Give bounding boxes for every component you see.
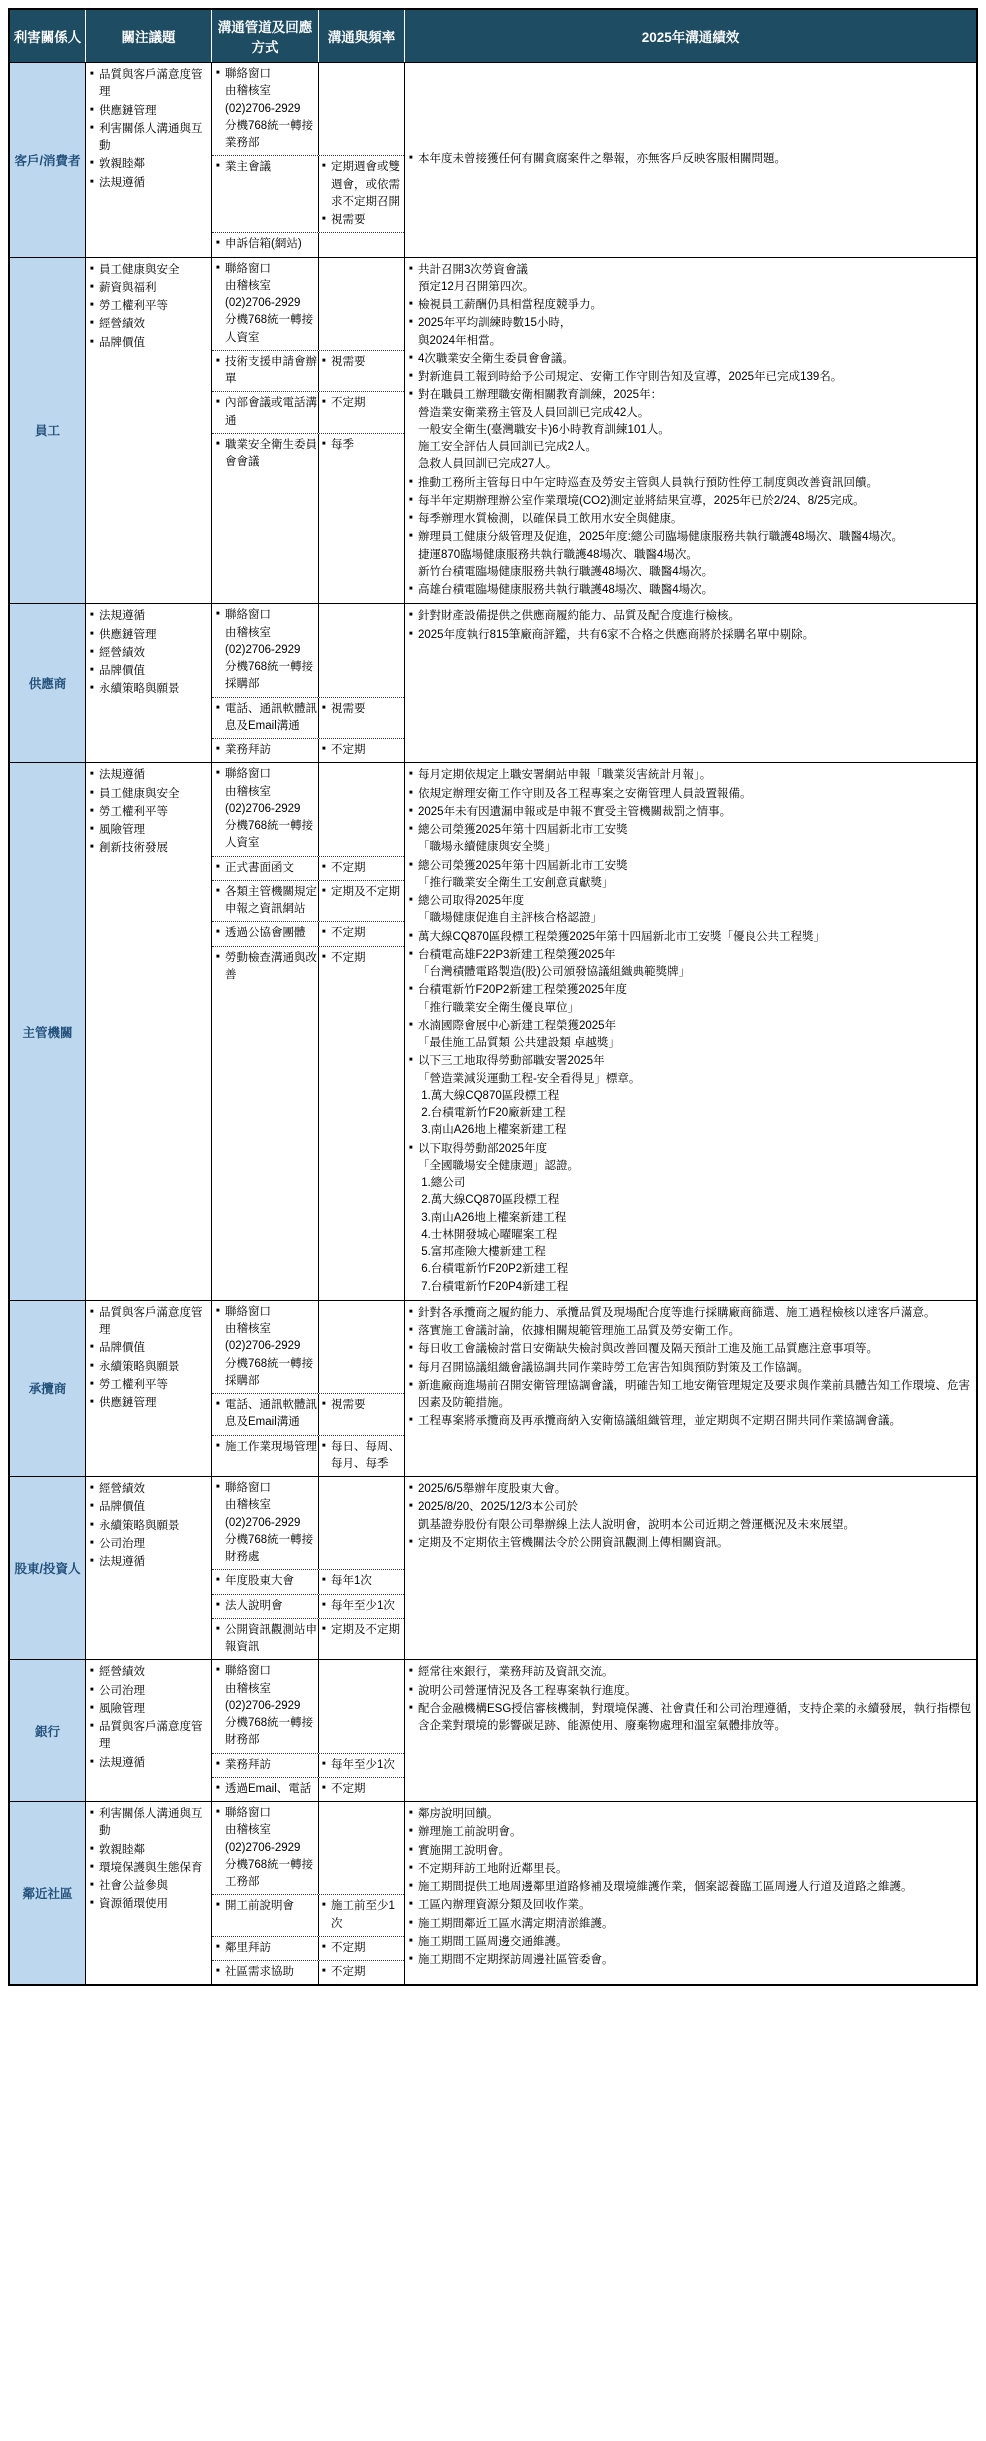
frequency-item: 施工前至少1次 xyxy=(322,1898,404,1933)
channel-label: 電話、通訊軟體訊息及Email溝通 xyxy=(216,701,317,736)
topic-item: 敦親睦鄰 xyxy=(90,156,209,173)
channels-cell: 聯絡窗口 由稽核室 (02)2706-2929 分機768統一轉接 業務部 業主… xyxy=(212,63,405,257)
channel-cell: 施工作業現場管理 xyxy=(212,1436,319,1477)
stakeholder-cell: 客戶/消費者 xyxy=(10,63,86,257)
frequency-cell: 視需要 xyxy=(319,351,405,392)
channel-label: 內部會議或電話溝通 xyxy=(216,395,317,430)
topic-item: 供應鏈管理 xyxy=(90,103,209,120)
frequency-item: 不定期 xyxy=(322,1781,404,1798)
frequency-item: 不定期 xyxy=(322,395,404,412)
stakeholder-communication-table: 利害關係人 關注議題 溝通管道及回應方式 溝通與頻率 2025年溝通績效 客戶/… xyxy=(8,8,978,1986)
header-cell-channels: 溝通管道及回應方式 xyxy=(212,10,319,62)
topic-item: 法規遵循 xyxy=(90,608,209,625)
topic-item: 經營績效 xyxy=(90,645,209,662)
table-row: 銀行 經營績效公司治理風險管理品質與客戶滿意度管理法規遵循 聯絡窗口 由稽核室 … xyxy=(10,1659,976,1801)
topic-item: 利害關係人溝通與互動 xyxy=(90,121,209,156)
performance-item: 台積電新竹F20P2新建工程榮獲2025年度 「推行職業安全衛生優良單位」 xyxy=(409,982,972,1017)
performance-item: 以下三工地取得勞動部職安署2025年 「營造業減災運動工程-安全看得見」標章。 … xyxy=(409,1053,972,1139)
channel-subrow: 聯絡窗口 由稽核室 (02)2706-2929 分機768統一轉接 採購部 xyxy=(212,1301,404,1393)
channel-label: 施工作業現場管理 xyxy=(216,1439,317,1456)
header-cell-performance: 2025年溝通績效 xyxy=(405,10,976,62)
channel-label: 業務拜訪 xyxy=(216,1757,317,1774)
channel-label: 社區需求協助 xyxy=(216,1964,317,1981)
frequency-cell: 施工前至少1次 xyxy=(319,1895,405,1936)
stakeholder-cell: 承攬商 xyxy=(10,1301,86,1476)
frequency-cell: 不定期 xyxy=(319,1937,405,1960)
performance-item: 施工期間鄰近工區水溝定期清淤維護。 xyxy=(409,1916,972,1933)
channel-label: 聯絡窗口 由稽核室 (02)2706-2929 分機768統一轉接 業務部 xyxy=(216,66,317,152)
performance-item: 依規定辦理安衛工作守則及各工程專案之安衛管理人員設置報備。 xyxy=(409,786,972,803)
topic-item: 永續策略與願景 xyxy=(90,1518,209,1535)
performance-item: 對在職員工辦理職安衛相關教育訓練，2025年： 營造業安衛業務主管及人員回訓已完… xyxy=(409,387,972,473)
channel-cell: 聯絡窗口 由稽核室 (02)2706-2929 分機768統一轉接 財務部 xyxy=(212,1660,319,1752)
channel-label: 聯絡窗口 由稽核室 (02)2706-2929 分機768統一轉接 採購部 xyxy=(216,1304,317,1390)
frequency-item: 每年至少1次 xyxy=(322,1598,404,1615)
performance-item: 高雄台積電臨場健康服務共執行職護48場次、職醫4場次。 xyxy=(409,582,972,599)
frequency-cell: 不定期 xyxy=(319,922,405,945)
channel-subrow: 聯絡窗口 由稽核室 (02)2706-2929 分機768統一轉接 人資室 xyxy=(212,763,404,855)
performance-item: 施工期間工區周邊交通維護。 xyxy=(409,1934,972,1951)
frequency-cell: 定期週會或雙週會，或依需求不定期召開視需要 xyxy=(319,156,405,232)
topic-item: 公司治理 xyxy=(90,1536,209,1553)
topic-item: 品牌價值 xyxy=(90,663,209,680)
channel-subrow: 施工作業現場管理 每日、每周、每月、每季 xyxy=(212,1435,404,1477)
channel-subrow: 透過公協會團體 不定期 xyxy=(212,921,404,945)
frequency-cell: 不定期 xyxy=(319,392,405,433)
topic-item: 品牌價值 xyxy=(90,1499,209,1516)
channels-cell: 聯絡窗口 由稽核室 (02)2706-2929 分機768統一轉接 財務處 年度… xyxy=(212,1477,405,1659)
channel-subrow: 透過Email、電話 不定期 xyxy=(212,1777,404,1801)
stakeholder-cell: 供應商 xyxy=(10,604,86,762)
frequency-item: 每年1次 xyxy=(322,1573,404,1590)
performance-item: 新進廠商進場前召開安衛管理協調會議，明確告知工地安衛管理規定及要求與作業前具體告… xyxy=(409,1378,972,1413)
channel-label: 申訴信箱(網站) xyxy=(216,236,317,253)
frequency-item: 定期週會或雙週會，或依需求不定期召開 xyxy=(322,159,404,211)
channel-subrow: 申訴信箱(網站) xyxy=(212,232,404,256)
frequency-item: 不定期 xyxy=(322,950,404,967)
frequency-cell xyxy=(319,604,405,696)
channel-subrow: 聯絡窗口 由稽核室 (02)2706-2929 分機768統一轉接 工務部 xyxy=(212,1802,404,1894)
topics-cell: 員工健康與安全薪資與福利勞工權利平等經營績效品牌價值 xyxy=(86,258,212,604)
stakeholder-label: 供應商 xyxy=(29,674,67,692)
channel-subrow: 聯絡窗口 由稽核室 (02)2706-2929 分機768統一轉接 採購部 xyxy=(212,604,404,696)
frequency-cell: 不定期 xyxy=(319,1961,405,1984)
performance-item: 萬大線CQ870區段標工程榮獲2025年第十四屆新北市工安獎「優良公共工程獎」 xyxy=(409,929,972,946)
channel-subrow: 電話、通訊軟體訊息及Email溝通 視需要 xyxy=(212,697,404,739)
topic-item: 勞工權利平等 xyxy=(90,298,209,315)
performance-item: 總公司取得2025年度 「職場健康促進自主評核合格認證」 xyxy=(409,893,972,928)
channel-label: 聯絡窗口 由稽核室 (02)2706-2929 分機768統一轉接 人資室 xyxy=(216,261,317,347)
stakeholder-cell: 鄰近社區 xyxy=(10,1802,86,1984)
channels-cell: 聯絡窗口 由稽核室 (02)2706-2929 分機768統一轉接 工務部 開工… xyxy=(212,1802,405,1984)
performance-item: 每月定期依規定上職安署網站申報「職業災害統計月報」。 xyxy=(409,767,972,784)
table-row: 員工 員工健康與安全薪資與福利勞工權利平等經營績效品牌價值 聯絡窗口 由稽核室 … xyxy=(10,257,976,604)
performance-item: 2025/6/5舉辦年度股東大會。 xyxy=(409,1481,972,1498)
channel-subrow: 社區需求協助 不定期 xyxy=(212,1960,404,1984)
topics-cell: 經營績效公司治理風險管理品質與客戶滿意度管理法規遵循 xyxy=(86,1660,212,1801)
frequency-cell: 視需要 xyxy=(319,1394,405,1435)
channel-subrow: 開工前說明會 施工前至少1次 xyxy=(212,1894,404,1936)
topic-item: 供應鏈管理 xyxy=(90,1395,209,1412)
topic-item: 勞工權利平等 xyxy=(90,804,209,821)
topic-item: 供應鏈管理 xyxy=(90,627,209,644)
performance-item: 對新進員工報到時給予公司規定、安衛工作守則告知及宣導，2025年已完成139名。 xyxy=(409,369,972,386)
topic-item: 利害關係人溝通與互動 xyxy=(90,1806,209,1841)
stakeholder-label: 員工 xyxy=(35,421,60,439)
performance-item: 本年度未曾接獲任何有關貪腐案件之舉報，亦無客戶反映客服相關問題。 xyxy=(409,151,972,168)
performance-cell: 共計召開3次勞資會議 預定12月召開第四次。檢視員工薪酬仍具相當程度競爭力。20… xyxy=(405,258,976,604)
performance-item: 針對各承攬商之履約能力、承攬品質及現場配合度等進行採購廠商篩選、施工過程檢核以達… xyxy=(409,1305,972,1322)
channel-label: 勞動檢查溝通與改善 xyxy=(216,950,317,985)
performance-item: 推動工務所主管每日中午定時巡查及勞安主管與人員執行預防性停工制度與改善資訊回饋。 xyxy=(409,475,972,492)
channel-subrow: 各類主管機關規定申報之資訊網站 定期及不定期 xyxy=(212,880,404,922)
frequency-cell xyxy=(319,1477,405,1569)
stakeholder-label: 銀行 xyxy=(35,1722,60,1740)
topic-item: 勞工權利平等 xyxy=(90,1377,209,1394)
topic-item: 社會公益參與 xyxy=(90,1878,209,1895)
performance-item: 以下取得勞動部2025年度 「全國職場安全健康週」認證。 1.總公司 2.萬大線… xyxy=(409,1141,972,1296)
channel-label: 聯絡窗口 由稽核室 (02)2706-2929 分機768統一轉接 人資室 xyxy=(216,766,317,852)
performance-item: 檢視員工薪酬仍具相當程度競爭力。 xyxy=(409,297,972,314)
performance-item: 2025年平均訓練時數15小時， 與2024年相當。 xyxy=(409,315,972,350)
channel-label: 透過公協會團體 xyxy=(216,925,317,942)
performance-item: 台積電高雄F22P3新建工程榮獲2025年 「台灣積體電路製造(股)公司頒發協議… xyxy=(409,947,972,982)
topics-cell: 法規遵循供應鏈管理經營績效品牌價值永續策略與願景 xyxy=(86,604,212,762)
frequency-item: 定期及不定期 xyxy=(322,1622,404,1639)
channel-label: 公開資訊觀測站申報資訊 xyxy=(216,1622,317,1657)
table-header: 利害關係人 關注議題 溝通管道及回應方式 溝通與頻率 2025年溝通績效 xyxy=(10,10,976,62)
performance-item: 工區內辦理資源分類及回收作業。 xyxy=(409,1897,972,1914)
channel-label: 技術支援申請會辦單 xyxy=(216,354,317,389)
topic-item: 經營績效 xyxy=(90,1664,209,1681)
stakeholder-cell: 主管機關 xyxy=(10,763,86,1300)
channel-label: 聯絡窗口 由稽核室 (02)2706-2929 分機768統一轉接 財務部 xyxy=(216,1663,317,1749)
topic-item: 資源循環使用 xyxy=(90,1896,209,1913)
frequency-item: 不定期 xyxy=(322,1964,404,1981)
performance-cell: 針對各承攬商之履約能力、承攬品質及現場配合度等進行採購廠商篩選、施工過程檢核以達… xyxy=(405,1301,976,1476)
channel-label: 法人說明會 xyxy=(216,1598,317,1615)
performance-item: 每月召開協議組織會議協調共同作業時勞工危害告知與預防對策及工作協調。 xyxy=(409,1360,972,1377)
channel-cell: 內部會議或電話溝通 xyxy=(212,392,319,433)
channel-cell: 職業安全衛生委員會會議 xyxy=(212,434,319,604)
stakeholder-cell: 員工 xyxy=(10,258,86,604)
frequency-item: 視需要 xyxy=(322,212,404,229)
channel-subrow: 聯絡窗口 由稽核室 (02)2706-2929 分機768統一轉接 財務部 xyxy=(212,1660,404,1752)
performance-item: 施工期間不定期探訪周邊社區管委會。 xyxy=(409,1952,972,1969)
channel-cell: 聯絡窗口 由稽核室 (02)2706-2929 分機768統一轉接 人資室 xyxy=(212,258,319,350)
channel-subrow: 聯絡窗口 由稽核室 (02)2706-2929 分機768統一轉接 業務部 xyxy=(212,63,404,155)
channel-subrow: 技術支援申請會辦單 視需要 xyxy=(212,350,404,392)
channel-subrow: 正式書面函文 不定期 xyxy=(212,856,404,880)
frequency-cell xyxy=(319,63,405,155)
stakeholder-cell: 銀行 xyxy=(10,1660,86,1801)
frequency-cell: 每年至少1次 xyxy=(319,1754,405,1777)
topic-item: 品質與客戶滿意度管理 xyxy=(90,1719,209,1754)
performance-item: 2025/8/20、2025/12/3本公司於 凱基證券股份有限公司舉辦線上法人… xyxy=(409,1499,972,1534)
frequency-cell xyxy=(319,233,405,256)
channels-cell: 聯絡窗口 由稽核室 (02)2706-2929 分機768統一轉接 採購部 電話… xyxy=(212,604,405,762)
channel-label: 職業安全衛生委員會會議 xyxy=(216,437,317,472)
channel-cell: 正式書面函文 xyxy=(212,857,319,880)
topic-item: 永續策略與願景 xyxy=(90,681,209,698)
channel-cell: 業主會議 xyxy=(212,156,319,232)
channel-cell: 聯絡窗口 由稽核室 (02)2706-2929 分機768統一轉接 採購部 xyxy=(212,604,319,696)
channel-subrow: 業主會議 定期週會或雙週會，或依需求不定期召開視需要 xyxy=(212,155,404,232)
channel-cell: 鄰里拜訪 xyxy=(212,1937,319,1960)
topics-cell: 品質與客戶滿意度管理供應鏈管理利害關係人溝通與互動敦親睦鄰法規遵循 xyxy=(86,63,212,257)
frequency-cell xyxy=(319,1301,405,1393)
channels-cell: 聯絡窗口 由稽核室 (02)2706-2929 分機768統一轉接 人資室 正式… xyxy=(212,763,405,1300)
performance-item: 總公司榮獲2025年第十四屆新北市工安獎 「職場永續健康與安全獎」 xyxy=(409,822,972,857)
channel-label: 業主會議 xyxy=(216,159,317,176)
table-row: 主管機關 法規遵循員工健康與安全勞工權利平等風險管理創新技術發展 聯絡窗口 由稽… xyxy=(10,762,976,1300)
channel-label: 電話、通訊軟體訊息及Email溝通 xyxy=(216,1397,317,1432)
channel-cell: 業務拜訪 xyxy=(212,739,319,762)
performance-cell: 經常往來銀行，業務拜訪及資訊交流。說明公司營運情況及各工程專案執行進度。配合金融… xyxy=(405,1660,976,1801)
channels-cell: 聯絡窗口 由稽核室 (02)2706-2929 分機768統一轉接 採購部 電話… xyxy=(212,1301,405,1476)
channel-cell: 聯絡窗口 由稽核室 (02)2706-2929 分機768統一轉接 業務部 xyxy=(212,63,319,155)
topics-cell: 利害關係人溝通與互動敦親睦鄰環境保護與生態保育社會公益參與資源循環使用 xyxy=(86,1802,212,1984)
table-row: 承攬商 品質與客戶滿意度管理品牌價值永續策略與願景勞工權利平等供應鏈管理 聯絡窗… xyxy=(10,1300,976,1476)
frequency-item: 不定期 xyxy=(322,925,404,942)
performance-item: 總公司榮獲2025年第十四屆新北市工安獎 「推行職業安全衛生工安創意貢獻獎」 xyxy=(409,858,972,893)
performance-item: 辦理施工前說明會。 xyxy=(409,1824,972,1841)
channel-cell: 社區需求協助 xyxy=(212,1961,319,1984)
channel-cell: 電話、通訊軟體訊息及Email溝通 xyxy=(212,1394,319,1435)
topic-item: 創新技術發展 xyxy=(90,840,209,857)
topic-item: 員工健康與安全 xyxy=(90,786,209,803)
channel-subrow: 聯絡窗口 由稽核室 (02)2706-2929 分機768統一轉接 財務處 xyxy=(212,1477,404,1569)
channel-subrow: 勞動檢查溝通與改善 不定期 xyxy=(212,946,404,1300)
topic-item: 品牌價值 xyxy=(90,335,209,352)
stakeholder-cell: 股東/投資人 xyxy=(10,1477,86,1659)
frequency-cell xyxy=(319,258,405,350)
channel-cell: 電話、通訊軟體訊息及Email溝通 xyxy=(212,698,319,739)
channel-cell: 透過公協會團體 xyxy=(212,922,319,945)
channel-label: 正式書面函文 xyxy=(216,860,317,877)
channel-label: 透過Email、電話 xyxy=(216,1781,317,1798)
channel-subrow: 電話、通訊軟體訊息及Email溝通 視需要 xyxy=(212,1393,404,1435)
performance-item: 定期及不定期依主管機關法令於公開資訊觀測上傳相關資訊。 xyxy=(409,1535,972,1552)
channel-subrow: 公開資訊觀測站申報資訊 定期及不定期 xyxy=(212,1618,404,1660)
topics-cell: 經營績效品牌價值永續策略與願景公司治理法規遵循 xyxy=(86,1477,212,1659)
topic-item: 環境保護與生態保育 xyxy=(90,1860,209,1877)
performance-item: 每半年定期辦理辦公室作業環境(CO2)測定並將結果宣導，2025年已於2/24、… xyxy=(409,493,972,510)
performance-item: 每季辦理水質檢測，以確保員工飲用水安全與健康。 xyxy=(409,511,972,528)
channel-label: 聯絡窗口 由稽核室 (02)2706-2929 分機768統一轉接 財務處 xyxy=(216,1480,317,1566)
frequency-item: 不定期 xyxy=(322,860,404,877)
channel-cell: 申訴信箱(網站) xyxy=(212,233,319,256)
frequency-item: 每季 xyxy=(322,437,404,454)
performance-item: 共計召開3次勞資會議 預定12月召開第四次。 xyxy=(409,262,972,297)
table-row: 股東/投資人 經營績效品牌價值永續策略與願景公司治理法規遵循 聯絡窗口 由稽核室… xyxy=(10,1476,976,1659)
frequency-cell: 定期及不定期 xyxy=(319,881,405,922)
channel-cell: 聯絡窗口 由稽核室 (02)2706-2929 分機768統一轉接 財務處 xyxy=(212,1477,319,1569)
channels-cell: 聯絡窗口 由稽核室 (02)2706-2929 分機768統一轉接 人資室 技術… xyxy=(212,258,405,604)
topic-item: 品質與客戶滿意度管理 xyxy=(90,1305,209,1340)
header-cell-frequency: 溝通與頻率 xyxy=(319,10,405,62)
channel-cell: 法人說明會 xyxy=(212,1595,319,1618)
frequency-cell: 不定期 xyxy=(319,947,405,1300)
frequency-cell: 每季 xyxy=(319,434,405,604)
performance-item: 不定期拜訪工地附近鄰里長。 xyxy=(409,1861,972,1878)
topics-cell: 法規遵循員工健康與安全勞工權利平等風險管理創新技術發展 xyxy=(86,763,212,1300)
stakeholder-label: 鄰近社區 xyxy=(22,1884,72,1902)
channel-label: 業務拜訪 xyxy=(216,742,317,759)
topic-item: 法規遵循 xyxy=(90,767,209,784)
topic-item: 永續策略與願景 xyxy=(90,1359,209,1376)
topic-item: 品牌價值 xyxy=(90,1340,209,1357)
frequency-cell: 每年至少1次 xyxy=(319,1595,405,1618)
topic-item: 公司治理 xyxy=(90,1683,209,1700)
channel-label: 年度股東大會 xyxy=(216,1573,317,1590)
channel-label: 鄰里拜訪 xyxy=(216,1940,317,1957)
channel-cell: 業務拜訪 xyxy=(212,1754,319,1777)
frequency-item: 不定期 xyxy=(322,1940,404,1957)
channel-subrow: 職業安全衛生委員會會議 每季 xyxy=(212,433,404,604)
stakeholder-label: 主管機關 xyxy=(22,1023,72,1041)
table-row: 客戶/消費者 品質與客戶滿意度管理供應鏈管理利害關係人溝通與互動敦親睦鄰法規遵循… xyxy=(10,62,976,257)
frequency-cell xyxy=(319,1802,405,1894)
performance-item: 4次職業安全衛生委員會會議。 xyxy=(409,351,972,368)
topic-item: 風險管理 xyxy=(90,822,209,839)
performance-item: 2025年度執行815筆廠商評鑑，共有6家不合格之供應商將於採購名單中剔除。 xyxy=(409,627,972,644)
channel-cell: 聯絡窗口 由稽核室 (02)2706-2929 分機768統一轉接 工務部 xyxy=(212,1802,319,1894)
channel-subrow: 內部會議或電話溝通 不定期 xyxy=(212,391,404,433)
frequency-cell: 不定期 xyxy=(319,739,405,762)
performance-item: 2025年未有因遺漏申報或是申報不實受主管機關裁罰之情事。 xyxy=(409,804,972,821)
channel-cell: 勞動檢查溝通與改善 xyxy=(212,947,319,1300)
channel-subrow: 法人說明會 每年至少1次 xyxy=(212,1594,404,1618)
frequency-item: 視需要 xyxy=(322,354,404,371)
channel-cell: 技術支援申請會辦單 xyxy=(212,351,319,392)
topic-item: 法規遵循 xyxy=(90,175,209,192)
frequency-item: 每日、每周、每月、每季 xyxy=(322,1439,404,1474)
channel-cell: 年度股東大會 xyxy=(212,1570,319,1593)
table-row: 供應商 法規遵循供應鏈管理經營績效品牌價值永續策略與願景 聯絡窗口 由稽核室 (… xyxy=(10,603,976,762)
performance-cell: 針對財產設備提供之供應商履約能力、品質及配合度進行檢核。2025年度執行815筆… xyxy=(405,604,976,762)
frequency-cell: 視需要 xyxy=(319,698,405,739)
topic-item: 員工健康與安全 xyxy=(90,262,209,279)
topic-item: 經營績效 xyxy=(90,316,209,333)
performance-cell: 鄰房說明回饋。辦理施工前說明會。實施開工說明會。不定期拜訪工地附近鄰里長。施工期… xyxy=(405,1802,976,1984)
header-cell-topics: 關注議題 xyxy=(86,10,212,62)
topic-item: 敦親睦鄰 xyxy=(90,1842,209,1859)
channel-cell: 各類主管機關規定申報之資訊網站 xyxy=(212,881,319,922)
performance-item: 實施開工說明會。 xyxy=(409,1843,972,1860)
frequency-cell: 不定期 xyxy=(319,857,405,880)
stakeholder-label: 承攬商 xyxy=(29,1379,67,1397)
channel-subrow: 鄰里拜訪 不定期 xyxy=(212,1936,404,1960)
performance-item: 針對財產設備提供之供應商履約能力、品質及配合度進行檢核。 xyxy=(409,608,972,625)
frequency-cell: 每日、每周、每月、每季 xyxy=(319,1436,405,1477)
performance-item: 每日收工會議檢討當日安衛缺失檢討與改善回覆及隔天預計工進及施工品質應注意事項等。 xyxy=(409,1341,972,1358)
frequency-cell: 每年1次 xyxy=(319,1570,405,1593)
header-cell-stakeholder: 利害關係人 xyxy=(10,10,86,62)
performance-item: 落實施工會議討論，依據相關規範管理施工品質及勞安衛工作。 xyxy=(409,1323,972,1340)
performance-item: 工程專案將承攬商及再承攬商納入安衛協議組織管理，並定期與不定期召開共同作業協調會… xyxy=(409,1413,972,1430)
stakeholder-label: 股東/投資人 xyxy=(15,1559,81,1577)
topic-item: 風險管理 xyxy=(90,1701,209,1718)
frequency-cell xyxy=(319,1660,405,1752)
performance-cell: 本年度未曾接獲任何有關貪腐案件之舉報，亦無客戶反映客服相關問題。 xyxy=(405,63,976,257)
topic-item: 法規遵循 xyxy=(90,1755,209,1772)
channel-label: 聯絡窗口 由稽核室 (02)2706-2929 分機768統一轉接 採購部 xyxy=(216,607,317,693)
channel-cell: 透過Email、電話 xyxy=(212,1778,319,1801)
channel-subrow: 業務拜訪 每年至少1次 xyxy=(212,1753,404,1777)
channel-cell: 開工前說明會 xyxy=(212,1895,319,1936)
performance-item: 說明公司營運情況及各工程專案執行進度。 xyxy=(409,1683,972,1700)
channel-label: 開工前說明會 xyxy=(216,1898,317,1915)
performance-item: 配合金融機構ESG授信審核機制，對環境保護、社會責任和公司治理遵循，支持企業的永… xyxy=(409,1701,972,1736)
performance-item: 鄰房說明回饋。 xyxy=(409,1806,972,1823)
channel-cell: 聯絡窗口 由稽核室 (02)2706-2929 分機768統一轉接 採購部 xyxy=(212,1301,319,1393)
performance-item: 施工期間提供工地周邊鄰里道路修補及環境維護作業，個案認養臨工區周邊人行道及道路之… xyxy=(409,1879,972,1896)
topic-item: 法規遵循 xyxy=(90,1554,209,1571)
table-body: 客戶/消費者 品質與客戶滿意度管理供應鏈管理利害關係人溝通與互動敦親睦鄰法規遵循… xyxy=(10,62,976,1984)
performance-item: 辦理員工健康分級管理及促進，2025年度:總公司臨場健康服務共執行職護48場次、… xyxy=(409,529,972,581)
frequency-cell xyxy=(319,763,405,855)
channel-subrow: 業務拜訪 不定期 xyxy=(212,738,404,762)
topic-item: 薪資與福利 xyxy=(90,280,209,297)
frequency-cell: 不定期 xyxy=(319,1778,405,1801)
topic-item: 品質與客戶滿意度管理 xyxy=(90,67,209,102)
frequency-item: 視需要 xyxy=(322,701,404,718)
performance-item: 水湳國際會展中心新建工程榮獲2025年 「最佳施工品質類 公共建設類 卓越獎」 xyxy=(409,1018,972,1053)
channel-cell: 聯絡窗口 由稽核室 (02)2706-2929 分機768統一轉接 人資室 xyxy=(212,763,319,855)
performance-item: 經常往來銀行，業務拜訪及資訊交流。 xyxy=(409,1664,972,1681)
topics-cell: 品質與客戶滿意度管理品牌價值永續策略與願景勞工權利平等供應鏈管理 xyxy=(86,1301,212,1476)
channel-label: 各類主管機關規定申報之資訊網站 xyxy=(216,884,317,919)
topic-item: 經營績效 xyxy=(90,1481,209,1498)
stakeholder-label: 客戶/消費者 xyxy=(15,151,81,169)
channel-subrow: 聯絡窗口 由稽核室 (02)2706-2929 分機768統一轉接 人資室 xyxy=(212,258,404,350)
frequency-item: 視需要 xyxy=(322,1397,404,1414)
frequency-item: 不定期 xyxy=(322,742,404,759)
channel-subrow: 年度股東大會 每年1次 xyxy=(212,1569,404,1593)
channel-label: 聯絡窗口 由稽核室 (02)2706-2929 分機768統一轉接 工務部 xyxy=(216,1805,317,1891)
performance-cell: 每月定期依規定上職安署網站申報「職業災害統計月報」。依規定辦理安衛工作守則及各工… xyxy=(405,763,976,1300)
performance-cell: 2025/6/5舉辦年度股東大會。2025/8/20、2025/12/3本公司於… xyxy=(405,1477,976,1659)
frequency-item: 定期及不定期 xyxy=(322,884,404,901)
channels-cell: 聯絡窗口 由稽核室 (02)2706-2929 分機768統一轉接 財務部 業務… xyxy=(212,1660,405,1801)
channel-cell: 公開資訊觀測站申報資訊 xyxy=(212,1619,319,1660)
frequency-cell: 定期及不定期 xyxy=(319,1619,405,1660)
table-row: 鄰近社區 利害關係人溝通與互動敦親睦鄰環境保護與生態保育社會公益參與資源循環使用… xyxy=(10,1801,976,1984)
frequency-item: 每年至少1次 xyxy=(322,1757,404,1774)
